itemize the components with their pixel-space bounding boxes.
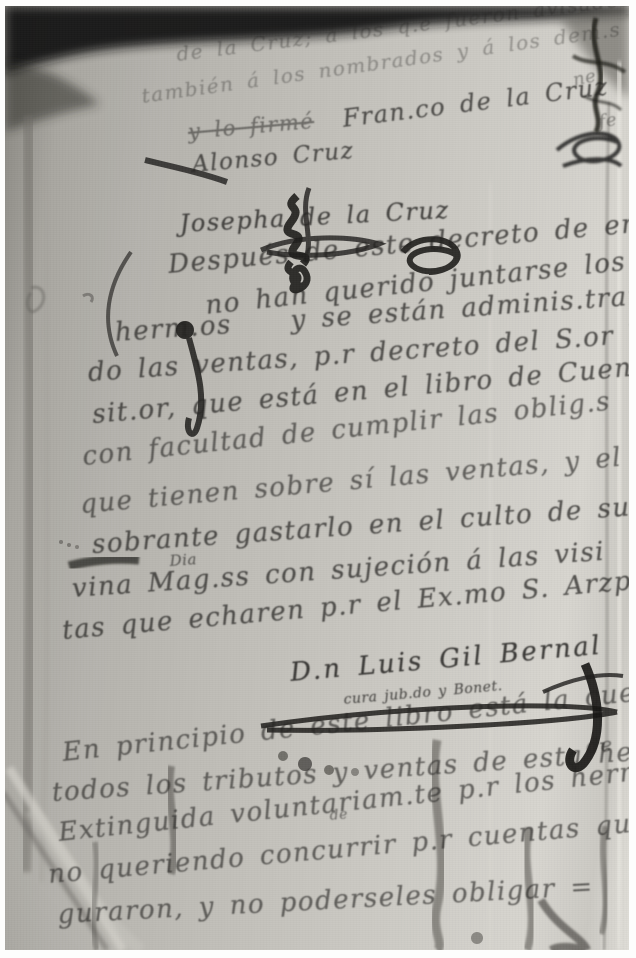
manuscript-photo: de la Cruz; á los q.e fueron avisados el… — [5, 6, 629, 950]
photo-grain-texture — [5, 6, 629, 950]
photo-frame: de la Cruz; á los q.e fueron avisados el… — [0, 0, 636, 958]
